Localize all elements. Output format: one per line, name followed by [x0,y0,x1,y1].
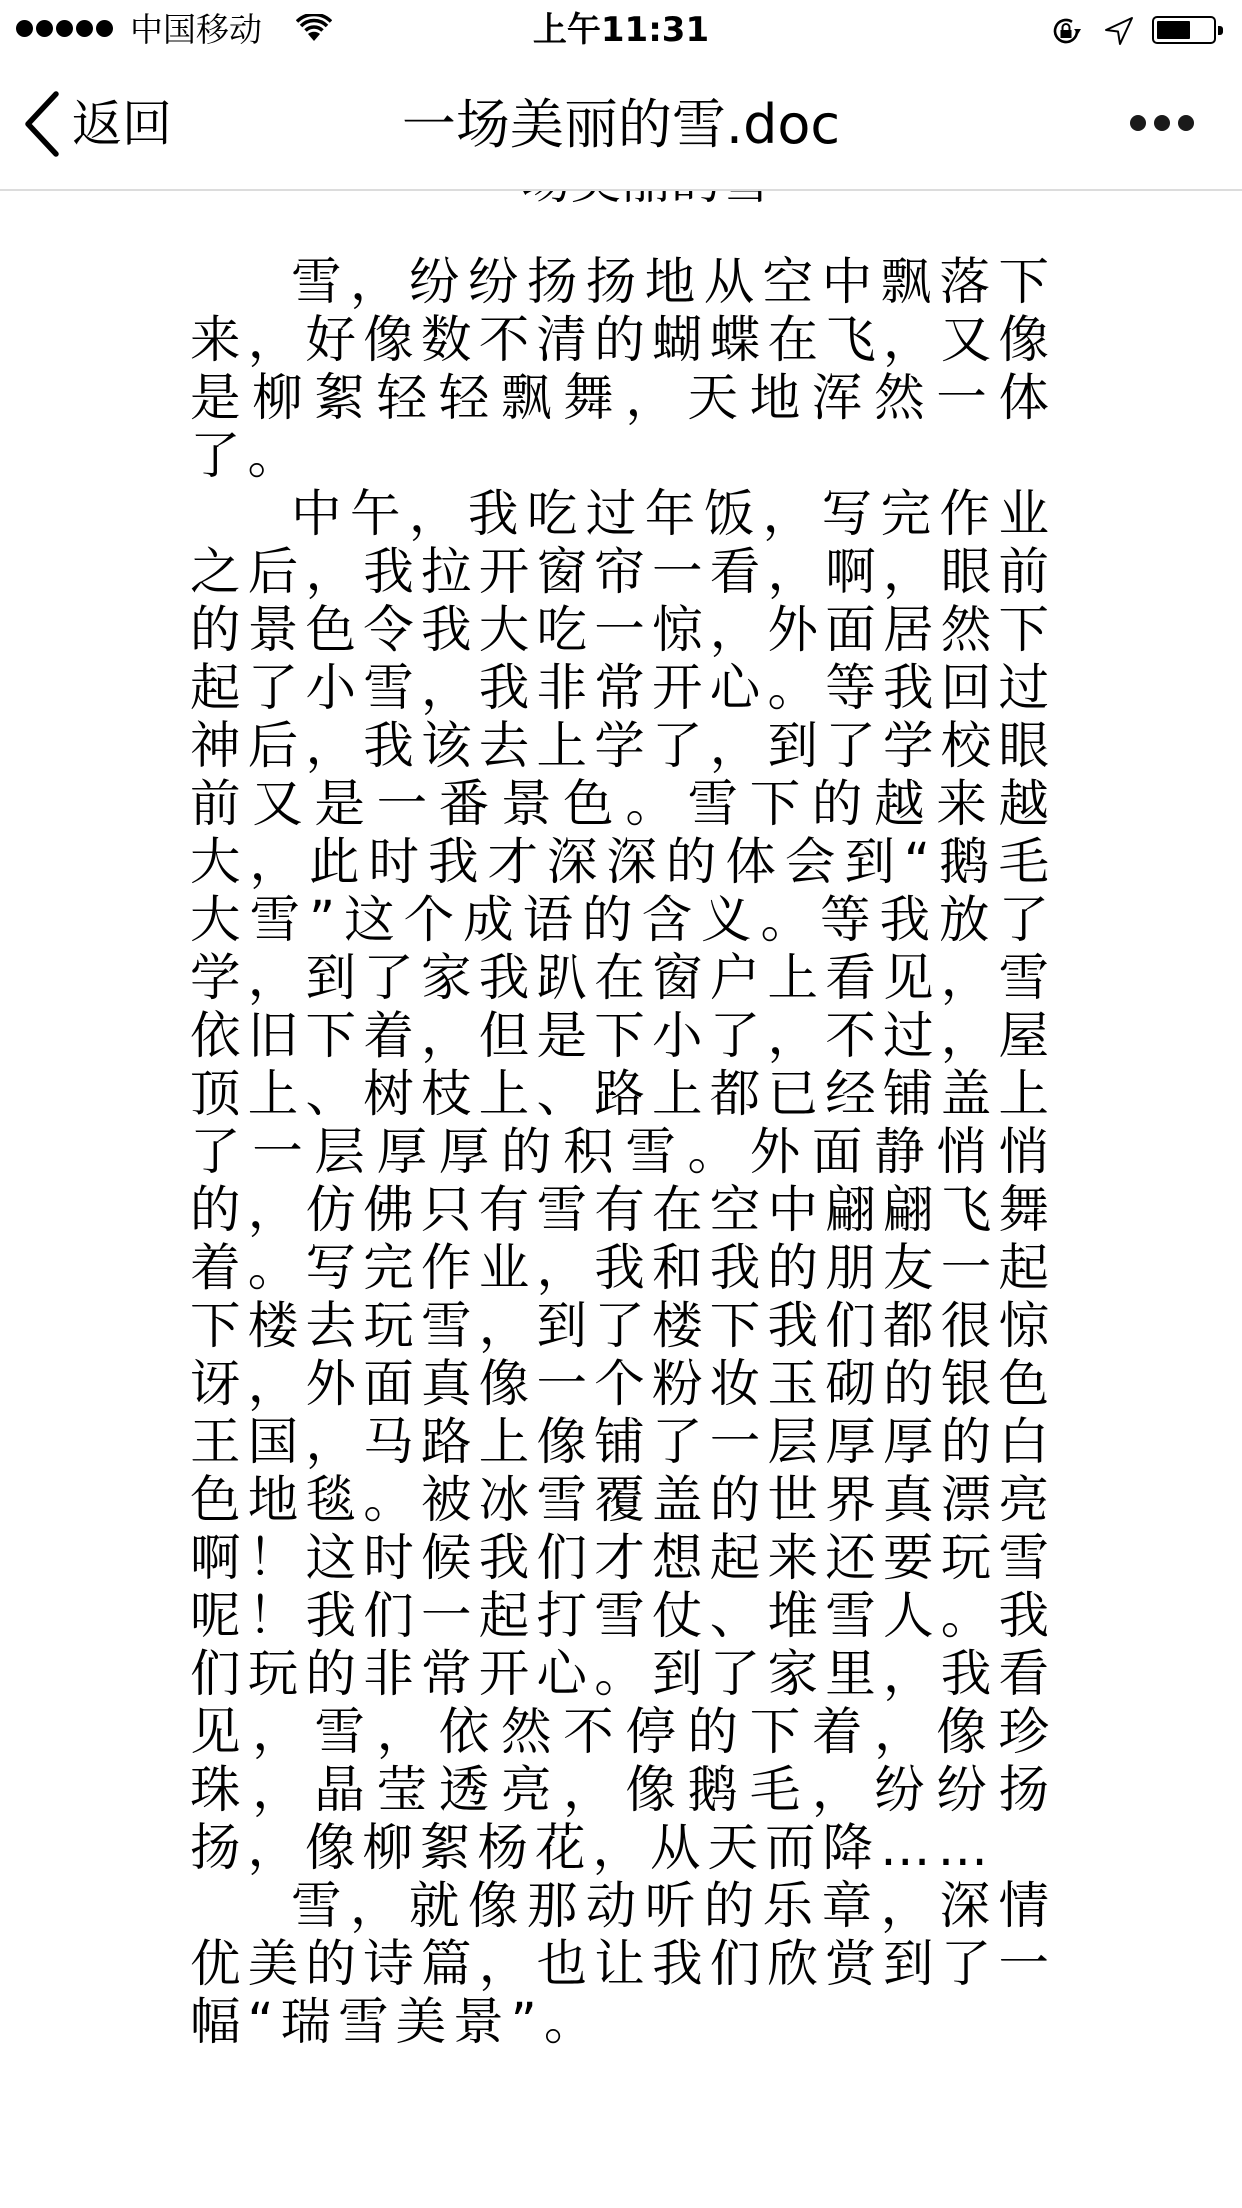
battery-icon [1152,16,1216,44]
back-button[interactable]: 返回 [22,88,172,160]
more-options-button[interactable] [1130,108,1210,138]
paragraph-3: 雪，就像那动听的乐章，深情优美的诗篇，也让我们欣赏到了一幅“瑞雪美景”。 [190,1877,1056,2051]
battery-level [1157,21,1190,39]
back-label: 返回 [72,88,172,160]
navigation-bar: 返回 一场美丽的雪.doc [0,60,1242,191]
page-title: 一场美丽的雪.doc [250,90,992,160]
paragraph-1: 雪，纷纷扬扬地从空中飘落下来，好像数不清的蝴蝶在飞，又像是柳絮轻轻飘舞，天地浑然… [190,253,1056,485]
rotation-lock-icon [1050,15,1082,47]
chevron-left-icon [22,90,62,158]
screen: 一场美丽的雪 雪，纷纷扬扬地从空中飘落下来，好像数不清的蝴蝶在飞，又像是柳絮轻轻… [0,0,1242,2208]
status-bar: 中国移动 上午11:31 [0,0,1242,60]
more-dots-icon [1130,115,1146,131]
paragraph-2: 中午，我吃过年饭，写完作业之后，我拉开窗帘一看，啊，眼前的景色令我大吃一惊，外面… [190,485,1056,1877]
document-viewport[interactable]: 一场美丽的雪 雪，纷纷扬扬地从空中飘落下来，好像数不清的蝴蝶在飞，又像是柳絮轻轻… [0,0,1242,2208]
location-arrow-icon [1103,15,1135,47]
document-body: 雪，纷纷扬扬地从空中飘落下来，好像数不清的蝴蝶在飞，又像是柳絮轻轻飘舞，天地浑然… [190,253,1056,2051]
